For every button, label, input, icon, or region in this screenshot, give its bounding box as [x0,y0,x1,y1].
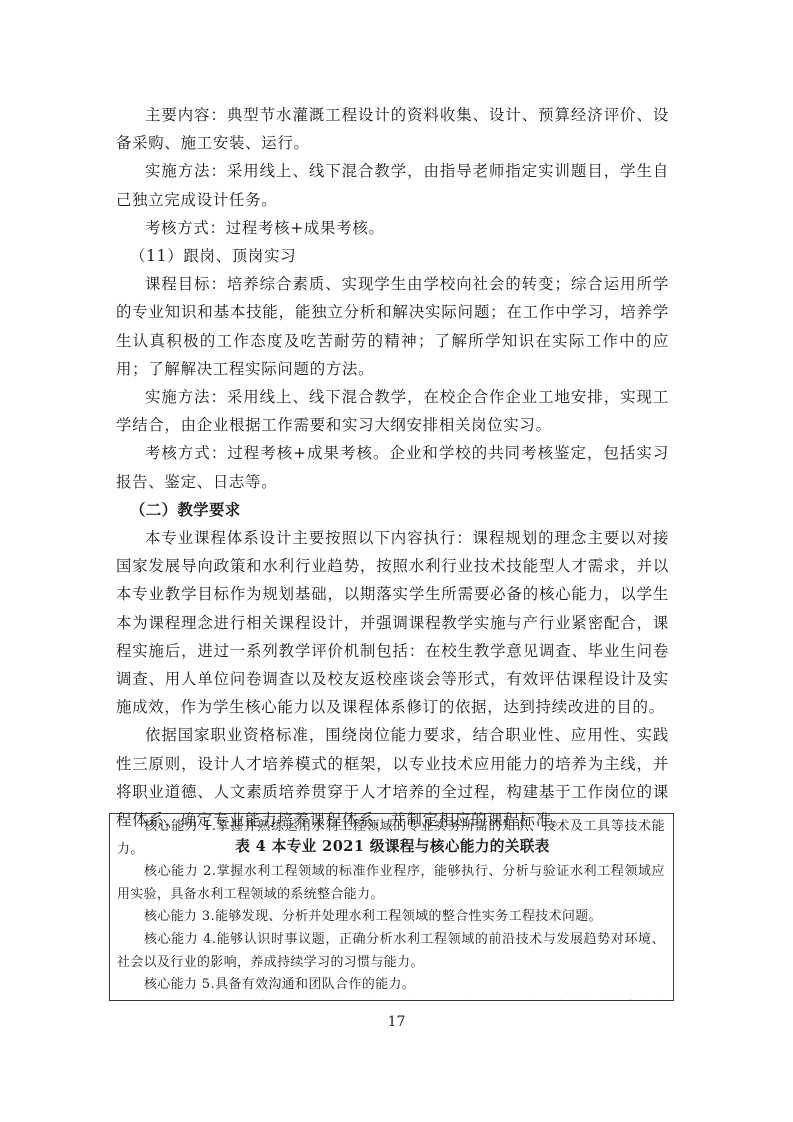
core-ability-2: 核心能力 2.掌握水利工程领域的标准作业程序，能够执行、分析与验证水利工程领域应… [117,861,665,906]
page-number: 17 [0,1013,793,1031]
core-ability-3: 核心能力 3.能够发现、分析并处理水利工程领域的整合性实务工程技术问题。 [117,906,665,929]
core-ability-5: 核心能力 5.具备有效沟通和团队合作的能力。 [117,974,665,997]
section-subheading-internship: （11）跟岗、顶岗实习 [116,242,669,270]
core-ability-6: 核心能力 6.理解并遵守水利工程领域的职业伦理，具备国际视野和服务社会的信念与态… [117,997,665,1001]
core-ability-4: 核心能力 4.能够认识时事议题，正确分析水利工程领域的前沿技术与发展趋势对环境、… [117,929,665,974]
paragraph-main-content: 主要内容：典型节水灌溉工程设计的资料收集、设计、预算经济评价、设备采购、施工安装… [116,101,669,157]
document-body: 主要内容：典型节水灌溉工程设计的资料收集、设计、预算经济评价、设备采购、施工安装… [116,101,669,859]
paragraph-course-objective: 课程目标：培养综合素质、实现学生由学校向社会的转变；综合运用所学的专业知识和基本… [116,270,669,383]
core-ability-1: 核心能力 1.掌握并熟练运用水利工程领域的专业实务所需的知识、技术及工具等技术能… [117,816,665,861]
paragraph-implementation-method: 实施方法：采用线上、线下混合教学，由指导老师指定实训题目，学生自己独立完成设计任… [116,157,669,213]
paragraph-internship-implementation: 实施方法：采用线上、线下混合教学，在校企合作企业工地安排，实现工学结合，由企业根… [116,383,669,439]
paragraph-assessment-method: 考核方式：过程考核+成果考核。 [116,214,669,242]
section-heading-teaching-requirements: （二）教学要求 [116,496,669,524]
paragraph-curriculum-design: 本专业课程体系设计主要按照以下内容执行：课程规划的理念主要以对接国家发展导向政策… [116,524,669,721]
core-abilities-table: 核心能力 1.掌握并熟练运用水利工程领域的专业实务所需的知识、技术及工具等技术能… [109,813,674,1001]
paragraph-internship-assessment: 考核方式：过程考核+成果考核。企业和学校的共同考核鉴定，包括实习报告、鉴定、日志… [116,439,669,495]
